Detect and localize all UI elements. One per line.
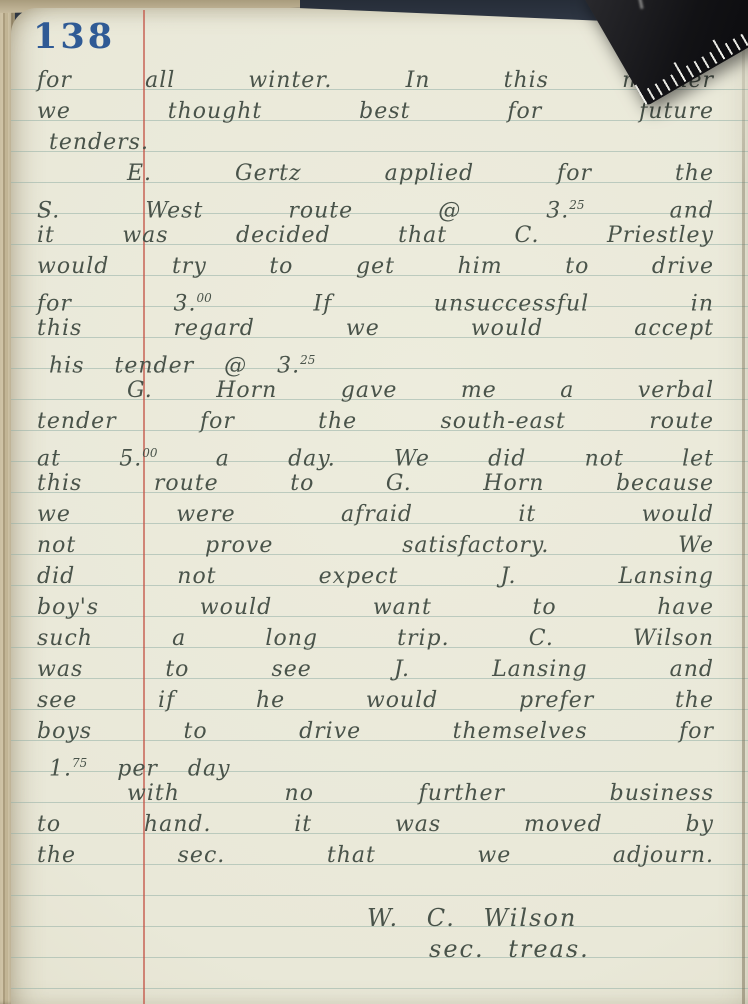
signature-block: W. C. Wilson sec. treas. [37,903,714,965]
text-line: for all winter. In this manner [37,66,714,97]
ledger-page: 138 for all winter. In this mannerwe tho… [11,8,748,1004]
text-line: tenders. [37,128,714,159]
text-line: G. Horn gave me a verbal [37,376,714,407]
text-line: E. Gertz applied for the [37,159,714,190]
page-number: 138 [33,16,115,57]
text-line: at 5.00 a day. We did not let [37,438,714,469]
text-line: tender for the south-east route [37,407,714,438]
text-line: to hand. it was moved by [37,810,714,841]
text-line: this regard we would accept [37,314,714,345]
signature-title: sec. treas. [37,934,714,965]
text-line: we were afraid it would [37,500,714,531]
text-line: such a long trip. C. Wilson [37,624,714,655]
ruler-scratch-mark [634,0,643,9]
text-line: was to see J. Lansing and [37,655,714,686]
text-line: this route to G. Horn because [37,469,714,500]
text-line: the sec. that we adjourn. [37,841,714,872]
handwritten-text: for all winter. In this mannerwe thought… [37,66,714,965]
text-line: it was decided that C. Priestley [37,221,714,252]
text-line: not prove satisfactory. We [37,531,714,562]
signature-name: W. C. Wilson [37,903,714,934]
text-line: boys to drive themselves for [37,717,714,748]
text-line: did not expect J. Lansing [37,562,714,593]
text-line: we thought best for future [37,97,714,128]
minutes-body: for all winter. In this mannerwe thought… [37,66,714,872]
text-line: 1.75 per day [37,748,714,779]
text-line: with no further business [37,779,714,810]
text-line: see if he would prefer the [37,686,714,717]
text-line: boy's would want to have [37,593,714,624]
text-line: would try to get him to drive [37,252,714,283]
page-crease [742,8,745,1004]
photo-canvas: 138 for all winter. In this mannerwe tho… [0,0,748,1004]
text-line: S. West route @ 3.25 and [37,190,714,221]
text-line: for 3.00 If unsuccessful in [37,283,714,314]
text-line: his tender @ 3.25 [37,345,714,376]
